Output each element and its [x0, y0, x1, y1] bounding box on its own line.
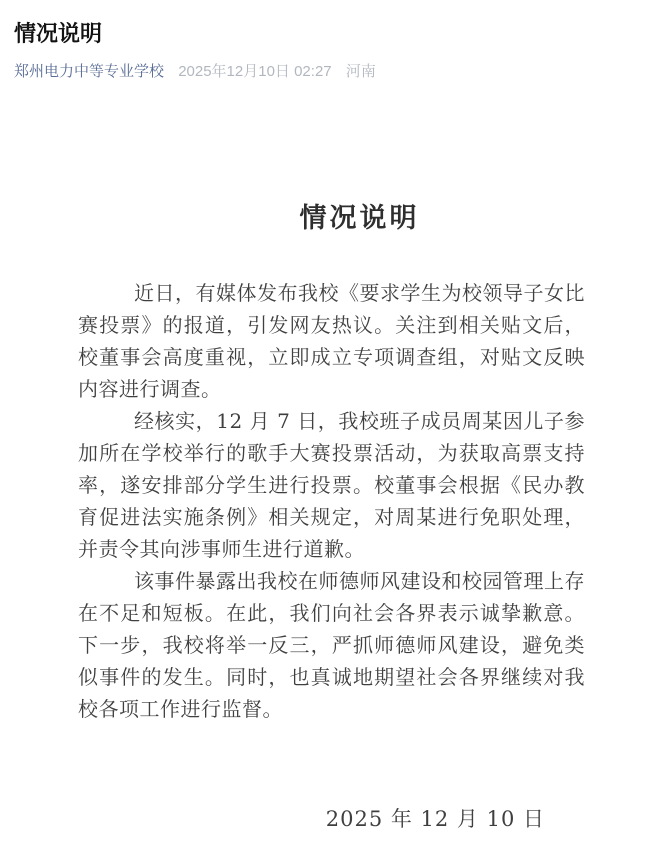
- statement-image[interactable]: 情况说明 近日，有媒体发布我校《要求学生为校领导子女比赛投票》的报道，引发网友热…: [0, 82, 660, 833]
- document-paragraph: 该事件暴露出我校在师德师风建设和校园管理上存在不足和短板。在此，我们向社会各界表…: [78, 565, 585, 725]
- article-title: 情况说明: [14, 19, 644, 49]
- publish-datetime: 2025年12月10日 02:27: [178, 63, 331, 80]
- document-body: 近日，有媒体发布我校《要求学生为校领导子女比赛投票》的报道，引发网友热议。关注到…: [78, 277, 585, 725]
- byline: 郑州电力中等专业学校 2025年12月10日 02:27 河南: [14, 62, 644, 82]
- document-date: 2025 年 12 月 10 日: [78, 803, 585, 833]
- document-title: 情况说明: [106, 196, 613, 235]
- article-page: 情况说明 郑州电力中等专业学校 2025年12月10日 02:27 河南 情况说…: [0, 0, 660, 833]
- article-header: 情况说明 郑州电力中等专业学校 2025年12月10日 02:27 河南: [0, 0, 660, 82]
- document-paragraph: 近日，有媒体发布我校《要求学生为校领导子女比赛投票》的报道，引发网友热议。关注到…: [78, 277, 585, 405]
- publish-location: 河南: [346, 63, 376, 80]
- source-link[interactable]: 郑州电力中等专业学校: [14, 63, 164, 80]
- document-paragraph: 经核实，12 月 7 日，我校班子成员周某因儿子参加所在学校举行的歌手大赛投票活…: [78, 405, 585, 565]
